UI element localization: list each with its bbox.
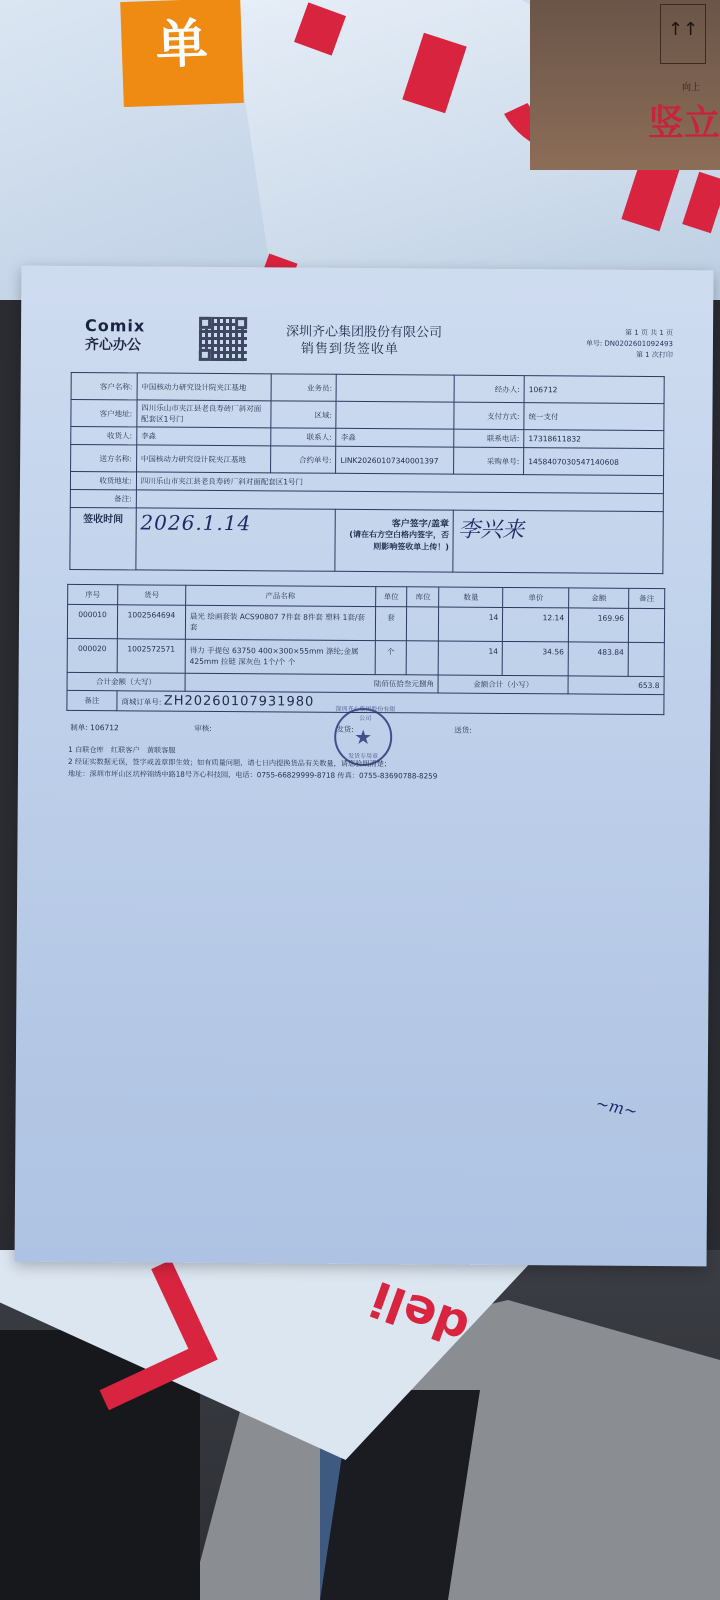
goods-remark-label: 备注	[67, 690, 117, 710]
customer-info-table: 客户名称: 中国核动力研究设计院夹江基地 业务员: 经办人: 106712 客户…	[69, 372, 664, 574]
row-sku: 1002572571	[117, 639, 185, 673]
row-price: 34.56	[502, 641, 568, 675]
delivery-label: 送货:	[454, 725, 472, 736]
col-qty: 数量	[439, 587, 503, 607]
pen-scribble: ~m~	[594, 1093, 639, 1121]
sign-time-value: 2026.1.14	[136, 508, 336, 571]
contract-label: 合约单号:	[270, 446, 336, 473]
sign-row: 签收时间 2026.1.14 客户签字/盖章 (请在右方空白格内签字，否 则影响…	[70, 507, 663, 573]
row-amount: 483.84	[568, 642, 628, 676]
box-up-label: 向上	[682, 80, 700, 93]
table-row: 000020 1002572571 得力 手提包 63750 400×300×5…	[67, 638, 664, 676]
info-row: 客户名称: 中国核动力研究设计院夹江基地 业务员: 经办人: 106712	[71, 372, 664, 403]
total-upper-value: 陆佰伍拾叁元捌角	[185, 673, 439, 693]
payment-value: 统一支付	[524, 403, 664, 431]
delivery-receipt-document: Comix 齐心办公 深圳齐心集团股份有限公司 销售到货签收单 第 1 页 共 …	[15, 266, 714, 1267]
delivery-name-label: 送方名称:	[71, 444, 137, 471]
delivery-name-value: 中国核动力研究设计院夹江基地	[136, 445, 270, 473]
region-label: 区域:	[270, 401, 336, 428]
row-unit: 套	[375, 607, 407, 641]
info-row: 客户地址: 四川乐山市夹江县老良寿砖厂斜对面配套区1号门 区域: 支付方式: 统…	[71, 399, 664, 430]
col-amount: 金额	[569, 588, 629, 608]
phone-value: 17318611832	[524, 430, 664, 449]
row-qty: 14	[439, 607, 503, 641]
total-upper-label: 合计金额（大写）	[67, 672, 185, 691]
contact-value: 李淼	[336, 428, 454, 447]
brand-logo-en: Comix	[85, 316, 145, 335]
footer-notes: 1 白联仓库 红联客户 黄联客服 2 经证实数据无误，签字或盖章即生效；如有质量…	[68, 744, 438, 783]
salesman-label: 业务员:	[271, 374, 337, 401]
table-row: 000010 1002564694 晨光 绘画套装 ACS90807 7件套 8…	[67, 604, 664, 642]
brand-logo-cn: 齐心办公	[85, 334, 141, 354]
qr-code-icon	[199, 317, 247, 361]
customer-signature: 李兴来	[453, 510, 663, 573]
goods-table: 序号 货号 产品名称 单位 库位 数量 单价 金额 备注 000010 1002…	[66, 584, 665, 715]
row-unit: 个	[375, 641, 407, 675]
remark-label: 备注:	[70, 489, 136, 507]
row-location	[407, 641, 439, 675]
sign-time-label: 签收时间	[70, 507, 136, 569]
doc-number: 单号: DN0202601092493	[586, 339, 673, 351]
row-qty: 14	[439, 641, 503, 675]
contract-value: LINK20260107340001397	[336, 446, 454, 474]
sign-instructions: 客户签字/盖章 (请在右方空白格内签字，否 则影响签收单上传！)	[335, 509, 453, 572]
bag-orange-label: 单	[120, 0, 244, 107]
receiver-label: 收货人:	[71, 426, 137, 444]
customer-address-value: 四川乐山市夹江县老良寿砖厂斜对面配套区1号门	[137, 400, 271, 428]
row-sku: 1002564694	[117, 605, 185, 639]
handler-label: 经办人:	[454, 375, 524, 402]
col-price: 单价	[503, 587, 569, 607]
phone-label: 联系电话:	[454, 429, 524, 447]
handler-value: 106712	[524, 376, 664, 404]
customer-address-label: 客户地址:	[71, 399, 137, 426]
purchase-value: 1458407030547140608	[524, 448, 664, 476]
col-sku: 货号	[118, 585, 186, 605]
col-unit: 单位	[375, 587, 407, 607]
print-count: 第 1 次打印	[586, 350, 673, 362]
col-product-name: 产品名称	[186, 585, 376, 606]
purchase-label: 采购单号:	[454, 447, 524, 474]
sign-title: 客户签字/盖章	[340, 516, 449, 530]
this-side-up-icon: ↑↑	[660, 4, 706, 64]
box-red-print: 竖立	[648, 95, 720, 146]
document-meta: 第 1 页 共 1 页 单号: DN0202601092493 第 1 次打印	[586, 328, 673, 362]
row-product-name: 晨光 绘画套装 ACS90807 7件套 8件套 塑料 1套/套 套	[185, 605, 375, 640]
col-location: 库位	[407, 587, 439, 607]
row-remark	[628, 608, 664, 642]
review-label: 审核:	[194, 723, 212, 734]
mall-order-number: ZH20260107931980	[164, 694, 315, 710]
document-title: 销售到货签收单	[301, 338, 399, 358]
info-row: 送方名称: 中国核动力研究设计院夹江基地 合约单号: LINK202601073…	[71, 444, 664, 475]
stamp-ring-text: 深圳齐心集团股份有限公司	[333, 704, 397, 722]
total-lower-label: 金额合计（小写）	[438, 675, 568, 694]
note-address: 地址：深圳市坪山区坑梓锦绣中路18号齐心科技园，电话：0755-66829999…	[68, 768, 437, 783]
row-price: 12.14	[503, 607, 569, 641]
total-lower-value: 653.8	[568, 676, 664, 695]
page-info: 第 1 页 共 1 页	[586, 328, 673, 340]
sign-note-2: 则影响签收单上传！)	[340, 541, 449, 554]
row-location	[407, 607, 439, 641]
col-remark: 备注	[629, 588, 665, 608]
customer-name-label: 客户名称:	[71, 372, 137, 399]
row-remark	[628, 642, 664, 676]
sign-note-1: (请在右方空白格内签字，否	[340, 529, 449, 542]
salesman-value	[336, 374, 454, 402]
contact-label: 联系人:	[270, 428, 336, 446]
background-cardboard-box: ↑↑ 向上 竖立	[530, 0, 720, 170]
row-product-name: 得力 手提包 63750 400×300×55mm 涤纶;金属 425mm 拉链…	[185, 639, 375, 674]
row-seq: 000020	[67, 638, 117, 672]
ship-address-label: 收货地址:	[70, 471, 136, 489]
region-value	[336, 401, 454, 429]
payment-label: 支付方式:	[454, 402, 524, 429]
maker: 制单: 106712	[70, 722, 119, 733]
row-seq: 000010	[67, 604, 117, 638]
row-amount: 169.96	[568, 608, 628, 642]
col-seq: 序号	[68, 584, 118, 604]
customer-name-value: 中国核动力研究设计院夹江基地	[137, 373, 271, 401]
document-header: Comix 齐心办公 深圳齐心集团股份有限公司 销售到货签收单 第 1 页 共 …	[21, 266, 714, 371]
receiver-value: 李淼	[137, 427, 271, 446]
mall-order-label: 商城订单号:	[121, 697, 161, 706]
